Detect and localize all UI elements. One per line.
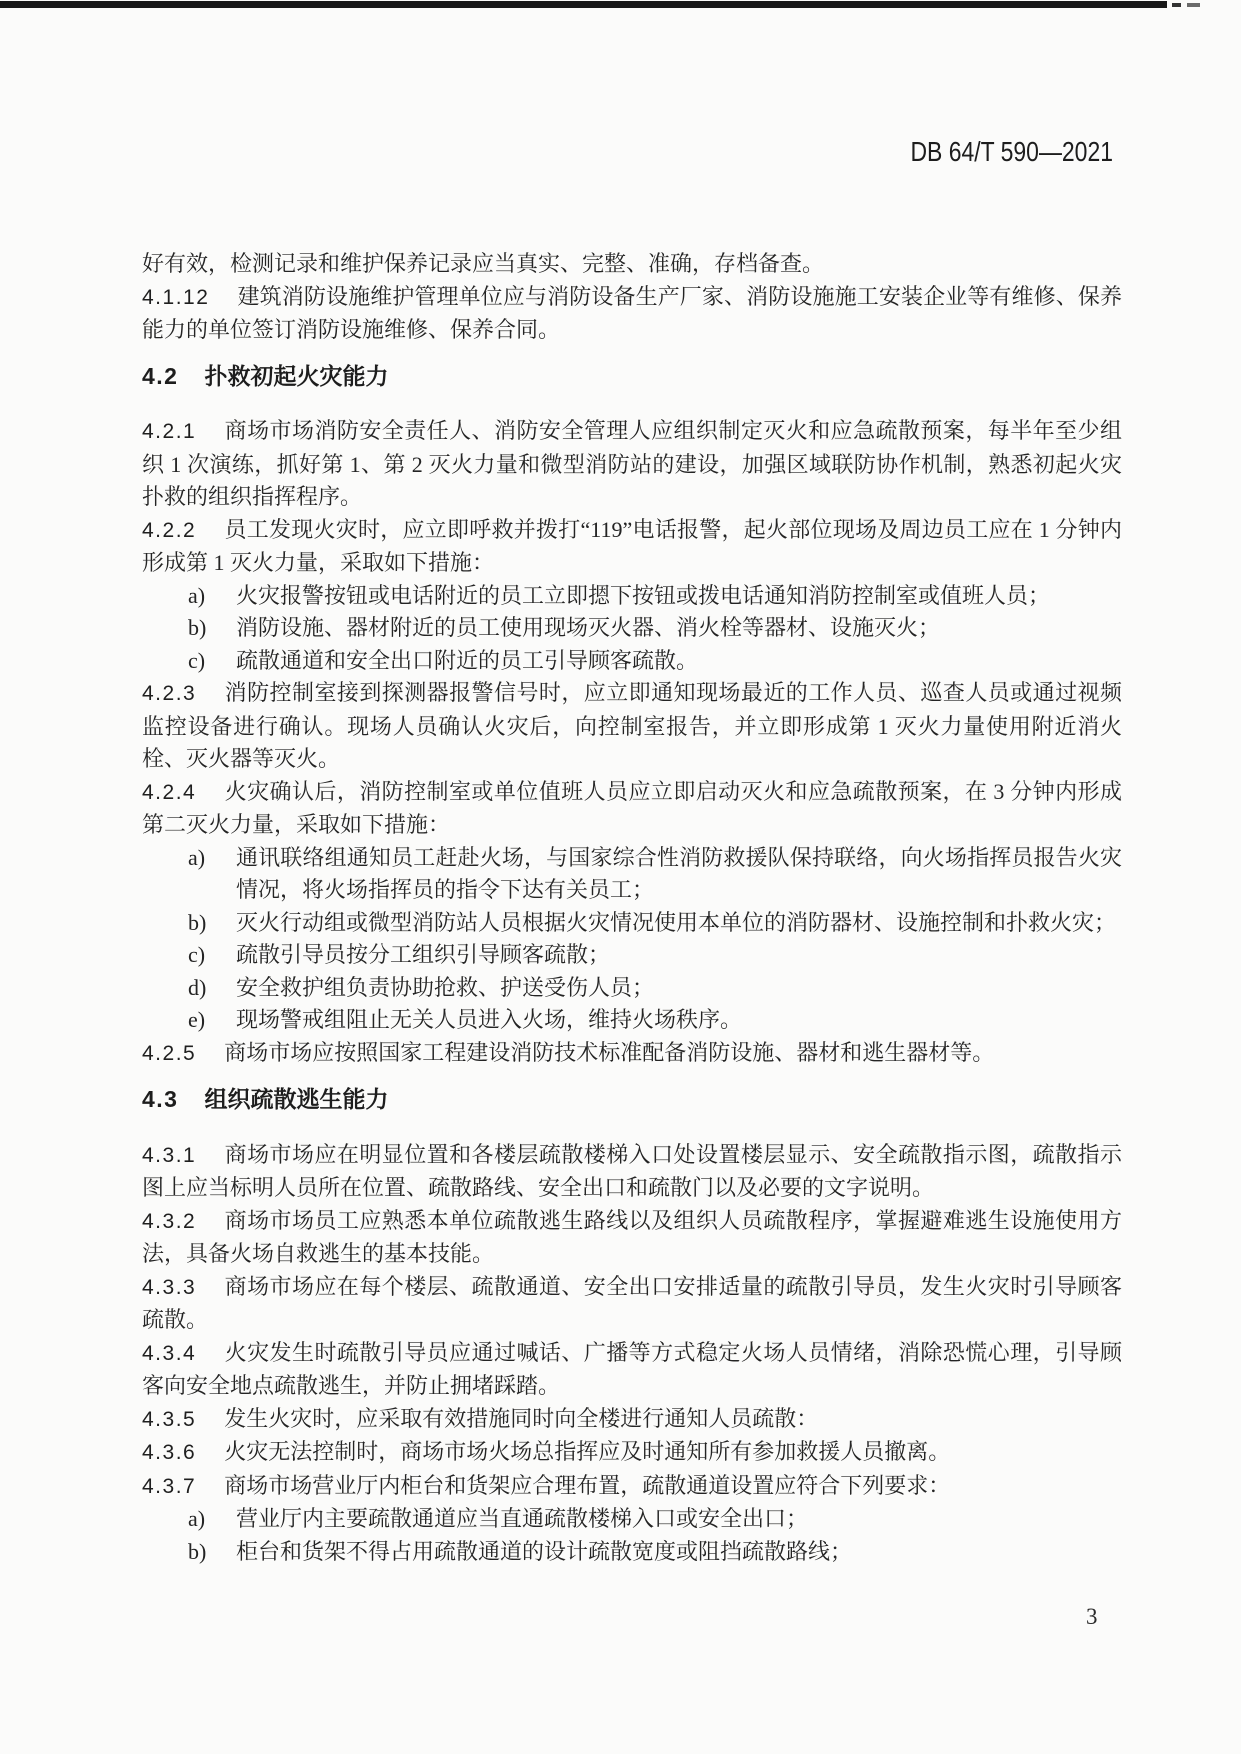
clause-4-2-2: 4.2.2员工发现火灾时，应立即呼救并拨打“119”电话报警，起火部位现场及周边… <box>142 514 1122 580</box>
clause-number: 4.2.2 <box>142 519 224 542</box>
document-body: 好有效，检测记录和维护保养记录应当真实、完整、准确，存档备查。 4.1.12建筑… <box>142 248 1122 1568</box>
clause-4-2-4: 4.2.4火灾确认后，消防控制室或单位值班人员应立即启动灭火和应急疏散预案，在 … <box>142 776 1122 842</box>
section-number: 4.2 <box>142 363 204 389</box>
list-text: 火灾报警按钮或电话附近的员工立即摁下按钮或拨电话通知消防控制室或值班人员； <box>236 580 1122 613</box>
list-item-b: b)消防设施、器材附近的员工使用现场灭火器、消火栓等器材、设施灭火； <box>188 612 1122 645</box>
clause-number: 4.3.5 <box>142 1408 224 1431</box>
list-text: 现场警戒组阻止无关人员进入火场，维持火场秩序。 <box>236 1004 1122 1037</box>
clause-number: 4.1.12 <box>142 286 237 309</box>
list-item-c: c)疏散通道和安全出口附近的员工引导顾客疏散。 <box>188 645 1122 678</box>
list-item-a: a)火灾报警按钮或电话附近的员工立即摁下按钮或拨电话通知消防控制室或值班人员； <box>188 580 1122 613</box>
clause-4-2-1: 4.2.1商场市场消防安全责任人、消防安全管理人应组织制定灭火和应急疏散预案，每… <box>142 415 1122 514</box>
clause-4-3-5: 4.3.5发生火灾时，应采取有效措施同时向全楼进行通知人员疏散： <box>142 1403 1122 1437</box>
section-heading-4-3: 4.3组织疏散逃生能力 <box>142 1083 1122 1116</box>
clause-text: 商场市场营业厅内柜台和货架应合理布置，疏散通道设置应符合下列要求： <box>224 1473 950 1498</box>
clause-text: 员工发现火灾时，应立即呼救并拨打“119”电话报警，起火部位现场及周边员工应在 … <box>142 517 1122 576</box>
page-number: 3 <box>1086 1604 1098 1630</box>
list-item-e: e)现场警戒组阻止无关人员进入火场，维持火场秩序。 <box>188 1004 1122 1037</box>
clause-4-2-3: 4.2.3消防控制室接到探测器报警信号时，应立即通知现场最近的工作人员、巡查人员… <box>142 677 1122 776</box>
clause-text: 火灾无法控制时，商场市场火场总指挥应及时通知所有参加救援人员撤离。 <box>224 1439 950 1464</box>
list-item-b: b)柜台和货架不得占用疏散通道的设计疏散宽度或阻挡疏散路线； <box>188 1536 1122 1569</box>
section-heading-4-2: 4.2扑救初起火灾能力 <box>142 360 1122 393</box>
clause-number: 4.2.3 <box>142 682 224 705</box>
clause-number: 4.2.5 <box>142 1042 224 1065</box>
clause-number: 4.3.2 <box>142 1210 224 1233</box>
list-letter: a) <box>188 580 236 613</box>
clause-text: 商场市场员工应熟悉本单位疏散逃生路线以及组织人员疏散程序，掌握避难逃生设施使用方… <box>142 1208 1122 1267</box>
list-text: 安全救护组负责协助抢救、护送受伤人员； <box>236 972 1122 1005</box>
clause-text: 火灾发生时疏散引导员应通过喊话、广播等方式稳定火场人员情绪，消除恐慌心理，引导顾… <box>142 1340 1122 1399</box>
list-letter: a) <box>188 1503 236 1536</box>
list-letter: b) <box>188 612 236 645</box>
scan-artifact-top-line <box>0 1 1167 8</box>
clause-text: 发生火灾时，应采取有效措施同时向全楼进行通知人员疏散： <box>224 1406 818 1431</box>
list-letter: a) <box>188 842 236 907</box>
clause-4-3-2: 4.3.2商场市场员工应熟悉本单位疏散逃生路线以及组织人员疏散程序，掌握避难逃生… <box>142 1205 1122 1271</box>
clause-number: 4.3.6 <box>142 1441 224 1464</box>
list-item-b: b)灭火行动组或微型消防站人员根据火灾情况使用本单位的消防器材、设施控制和扑救火… <box>188 907 1122 940</box>
scan-artifact-dash <box>1187 3 1200 7</box>
list-text: 通讯联络组通知员工赶赴火场，与国家综合性消防救援队保持联络，向火场指挥员报告火灾… <box>236 842 1122 907</box>
clause-4-1-12: 4.1.12建筑消防设施维护管理单位应与消防设备生产厂家、消防设施施工安装企业等… <box>142 281 1122 347</box>
clause-4-2-5: 4.2.5商场市场应按照国家工程建设消防技术标准配备消防设施、器材和逃生器材等。 <box>142 1037 1122 1071</box>
list-text: 营业厅内主要疏散通道应当直通疏散楼梯入口或安全出口； <box>236 1503 1122 1536</box>
continuation-paragraph: 好有效，检测记录和维护保养记录应当真实、完整、准确，存档备查。 <box>142 248 1122 281</box>
list-text: 消防设施、器材附近的员工使用现场灭火器、消火栓等器材、设施灭火； <box>236 612 1122 645</box>
clause-4-3-1: 4.3.1商场市场应在明显位置和各楼层疏散楼梯入口处设置楼层显示、安全疏散指示图… <box>142 1139 1122 1205</box>
clause-text: 建筑消防设施维护管理单位应与消防设备生产厂家、消防设施施工安装企业等有维修、保养… <box>142 284 1122 343</box>
list-item-d: d)安全救护组负责协助抢救、护送受伤人员； <box>188 972 1122 1005</box>
paragraph-text: 好有效，检测记录和维护保养记录应当真实、完整、准确，存档备查。 <box>142 251 824 276</box>
list-letter: b) <box>188 1536 236 1569</box>
clause-text: 火灾确认后，消防控制室或单位值班人员应立即启动灭火和应急疏散预案，在 3 分钟内… <box>142 779 1122 838</box>
list-letter: c) <box>188 645 236 678</box>
clause-text: 消防控制室接到探测器报警信号时，应立即通知现场最近的工作人员、巡查人员或通过视频… <box>142 680 1122 771</box>
list-text: 疏散引导员按分工组织引导顾客疏散； <box>236 939 1122 972</box>
list-letter: c) <box>188 939 236 972</box>
clause-number: 4.2.4 <box>142 781 224 804</box>
clause-text: 商场市场应在明显位置和各楼层疏散楼梯入口处设置楼层显示、安全疏散指示图，疏散指示… <box>142 1142 1122 1201</box>
clause-4-3-3: 4.3.3商场市场应在每个楼层、疏散通道、安全出口安排适量的疏散引导员，发生火灾… <box>142 1271 1122 1337</box>
clause-number: 4.3.1 <box>142 1144 224 1167</box>
list-item-a: a)营业厅内主要疏散通道应当直通疏散楼梯入口或安全出口； <box>188 1503 1122 1536</box>
clause-number: 4.3.3 <box>142 1276 224 1299</box>
list-item-c: c)疏散引导员按分工组织引导顾客疏散； <box>188 939 1122 972</box>
clause-4-3-7: 4.3.7商场市场营业厅内柜台和货架应合理布置，疏散通道设置应符合下列要求： <box>142 1470 1122 1504</box>
document-code-header: DB 64/T 590—2021 <box>910 136 1113 168</box>
list-text: 柜台和货架不得占用疏散通道的设计疏散宽度或阻挡疏散路线； <box>236 1536 1122 1569</box>
list-letter: d) <box>188 972 236 1005</box>
clause-text: 商场市场消防安全责任人、消防安全管理人应组织制定灭火和应急疏散预案，每半年至少组… <box>142 418 1122 509</box>
clause-number: 4.2.1 <box>142 420 224 443</box>
scan-artifact-dash <box>1172 3 1181 7</box>
list-text: 灭火行动组或微型消防站人员根据火灾情况使用本单位的消防器材、设施控制和扑救火灾； <box>236 907 1122 940</box>
clause-text: 商场市场应按照国家工程建设消防技术标准配备消防设施、器材和逃生器材等。 <box>224 1040 994 1065</box>
clause-number: 4.3.7 <box>142 1475 224 1498</box>
list-letter: b) <box>188 907 236 940</box>
clause-4-3-6: 4.3.6火灾无法控制时，商场市场火场总指挥应及时通知所有参加救援人员撤离。 <box>142 1436 1122 1470</box>
clause-number: 4.3.4 <box>142 1342 224 1365</box>
clause-4-3-4: 4.3.4火灾发生时疏散引导员应通过喊话、广播等方式稳定火场人员情绪，消除恐慌心… <box>142 1337 1122 1403</box>
clause-text: 商场市场应在每个楼层、疏散通道、安全出口安排适量的疏散引导员，发生火灾时引导顾客… <box>142 1274 1122 1333</box>
section-number: 4.3 <box>142 1086 204 1112</box>
list-item-a: a)通讯联络组通知员工赶赴火场，与国家综合性消防救援队保持联络，向火场指挥员报告… <box>188 842 1122 907</box>
list-letter: e) <box>188 1004 236 1037</box>
section-title: 组织疏散逃生能力 <box>204 1086 388 1112</box>
list-text: 疏散通道和安全出口附近的员工引导顾客疏散。 <box>236 645 1122 678</box>
section-title: 扑救初起火灾能力 <box>204 363 388 389</box>
